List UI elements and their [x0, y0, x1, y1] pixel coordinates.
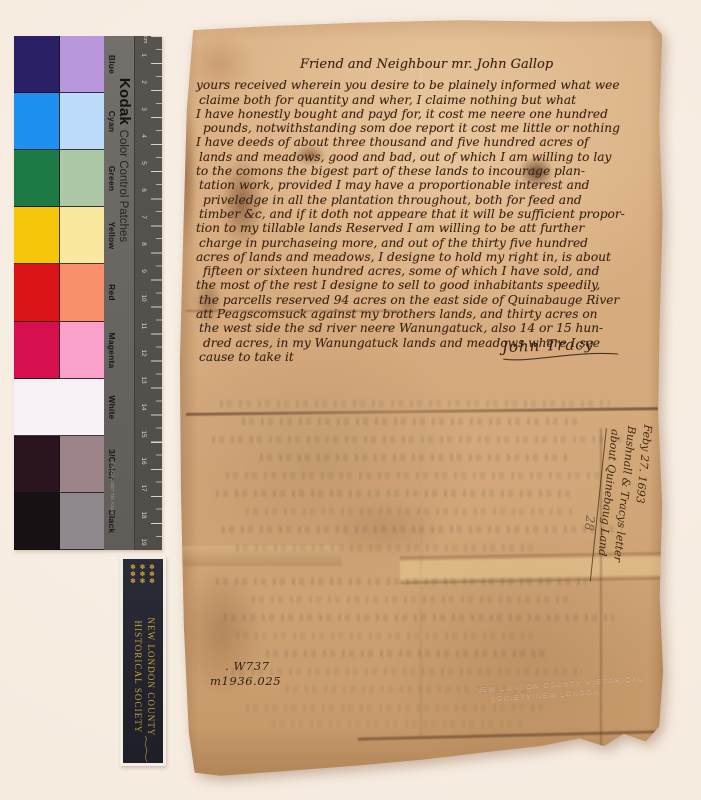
color-patch-row — [14, 36, 104, 93]
color-patch-tint — [60, 207, 105, 264]
ruler-number: 18 — [138, 509, 148, 521]
ornament-icon: ✽ ✽ ✽ ✽ ✽ ✽ ✽ ✽ ✽ — [123, 564, 163, 585]
bleed-through-row — [236, 632, 536, 639]
kodak-logo-text: Kodak — [116, 78, 133, 125]
bleed-through-row — [212, 436, 622, 443]
color-patch-solid — [14, 264, 60, 321]
ruler-number: 17 — [138, 482, 148, 494]
ruler-number: 13 — [138, 374, 148, 386]
letter-body-line: the west side the sd river neere Wanunga… — [199, 321, 658, 335]
ruler-number: 8 — [138, 238, 148, 250]
color-patch-tint — [60, 322, 105, 379]
color-patch-solid — [14, 322, 60, 379]
ruler-number: 1 — [138, 49, 148, 61]
color-patch-solid — [14, 493, 60, 550]
patch-label: Magenta — [106, 322, 117, 379]
color-patch-solid — [14, 207, 60, 264]
letter-body-line: priveledge in all the plantation through… — [203, 193, 658, 207]
letter-body: yours received wherein you desire to be … — [196, 78, 658, 364]
letter-body-line: att Peagscomsuck against my brothers lan… — [196, 307, 658, 321]
kodak-grey-strip: Blue Cyan Green Yellow Red Magenta White… — [104, 36, 162, 550]
manuscript-document: Friend and Neighbour mr. John Gallop you… — [176, 18, 668, 778]
ruler-number: 9 — [138, 265, 148, 277]
color-patch-solid — [14, 36, 60, 93]
bleed-through-row — [224, 614, 614, 621]
manuscript-paper: Friend and Neighbour mr. John Gallop you… — [176, 18, 668, 778]
ruler-number: 16 — [138, 455, 148, 467]
kodak-product-text: Color Control Patches — [117, 130, 129, 243]
color-patch-row — [14, 379, 104, 436]
ruler-number: 14 — [138, 401, 148, 413]
bleed-through-row — [236, 544, 536, 551]
patch-label: White — [106, 379, 117, 436]
ruler-number: 19 — [138, 536, 148, 548]
cm-ruler: cm 1 2 3 4 5 6 7 — [134, 36, 162, 550]
signature: John Tracy — [502, 334, 621, 362]
signature-name: John Tracy — [502, 335, 595, 356]
letter-body-line: charge in purchaseing more, and out of t… — [199, 236, 658, 250]
color-patch-solid — [14, 150, 60, 207]
page-mark: 28 — [582, 515, 598, 532]
ruler-number: 5 — [138, 157, 148, 169]
letter-body-line: I have honestly bought and payd for, it … — [196, 107, 658, 121]
bleed-through-row — [226, 472, 606, 479]
archival-photo-stage: Blue Cyan Green Yellow Red Magenta White… — [0, 0, 701, 800]
color-patch-solid — [14, 379, 59, 436]
ruler-number: 4 — [138, 130, 148, 142]
stain — [326, 498, 446, 558]
letter-body-line: I have deeds of about three thousand and… — [196, 135, 658, 149]
letter-body-line: the most of the rest I designe to sell t… — [196, 278, 658, 292]
bleed-through-row — [246, 704, 546, 711]
bleed-through-row — [246, 508, 576, 515]
letter-body-line: tation work, provided I may have a propo… — [199, 178, 658, 192]
letter-body-line: acres of lands and meadows, I designe to… — [196, 250, 658, 264]
bleed-through-row — [216, 490, 576, 497]
letter-text: Friend and Neighbour mr. John Gallop you… — [196, 58, 658, 364]
color-patch-row — [14, 264, 104, 321]
kodak-color-bar: Blue Cyan Green Yellow Red Magenta White… — [14, 36, 162, 550]
color-patch-solid — [14, 436, 60, 493]
bleed-through-row — [232, 668, 582, 675]
catalog-annotation: . W737 m1936.025 — [210, 659, 281, 689]
ruler-number: 15 — [138, 428, 148, 440]
catalog-number: . W737 — [225, 659, 281, 674]
color-patches-column — [14, 36, 104, 550]
stain — [176, 102, 196, 252]
letter-body-line: fifteen or sixteen hundred acres, some o… — [203, 264, 658, 278]
accession-number: m1936.025 — [210, 674, 281, 689]
label-script-flourish-icon — [142, 735, 150, 763]
kodak-copyright: © Kodak, 2007 TM: Kodak — [108, 446, 116, 530]
letter-body-line: tion to my tillable lands Reserved I am … — [196, 221, 658, 235]
bleed-through-row — [252, 596, 572, 603]
bleed-through-row — [222, 526, 622, 533]
ruler-number: 3 — [138, 103, 148, 115]
ruler-number: 10 — [138, 292, 148, 304]
bleed-through-row — [272, 720, 522, 727]
color-patch-tint — [60, 493, 105, 550]
color-patch-row — [14, 436, 104, 493]
letter-body-line: claime both for quantity and wher, I cla… — [199, 93, 658, 107]
letter-salutation: Friend and Neighbour mr. John Gallop — [300, 58, 658, 72]
bleed-through-row — [266, 650, 546, 657]
letter-body-line: yours received wherein you desire to be … — [196, 78, 658, 92]
docket-annotation: Feby 27. 1693 Bushnall & Tracys letter a… — [579, 420, 656, 646]
color-patch-solid — [14, 93, 60, 150]
color-patch-tint — [60, 36, 105, 93]
color-patch-row — [14, 150, 104, 207]
bleed-through-row — [216, 578, 586, 585]
color-patch-row — [14, 207, 104, 264]
color-patch-tint — [59, 379, 104, 436]
repair-tape-strip — [182, 546, 342, 566]
letter-body-line: to the comons the bigest part of these l… — [196, 164, 658, 178]
letter-body-line: the parcells reserved 94 acres on the ea… — [199, 293, 658, 307]
embossed-stamp: NEW LONDON COUNTY HISTORICAL SOCIETY NEW… — [476, 674, 645, 706]
color-patch-row — [14, 322, 104, 379]
bleed-through-row — [242, 418, 582, 425]
color-patch-row — [14, 493, 104, 550]
society-label: ✽ ✽ ✽ ✽ ✽ ✽ ✽ ✽ ✽ NEW LONDON COUNTY HIST… — [120, 556, 166, 766]
color-patch-row — [14, 93, 104, 150]
letter-body-line: lands and meadows, good and bad, out of … — [199, 150, 658, 164]
letter-body-line: pounds, notwithstanding som doe report i… — [203, 121, 658, 135]
color-patch-tint — [60, 436, 105, 493]
bleed-through-row — [260, 454, 570, 461]
ruler-number: 2 — [138, 76, 148, 88]
fold-crease-bottom — [358, 730, 658, 740]
color-patch-tint — [60, 93, 105, 150]
ruler-number: 7 — [138, 211, 148, 223]
society-label-inner: ✽ ✽ ✽ ✽ ✽ ✽ ✽ ✽ ✽ NEW LONDON COUNTY HIST… — [123, 559, 163, 763]
ruler-number: 11 — [138, 320, 148, 332]
ruler-unit-label: cm — [141, 36, 149, 48]
fold-crease-horizontal — [186, 407, 658, 416]
kodak-brand-line: Kodak Color Control Patches — [116, 42, 132, 278]
bleed-through-row — [220, 400, 610, 407]
ruler-number: 6 — [138, 184, 148, 196]
ruler-number: 12 — [138, 347, 148, 359]
color-patch-tint — [60, 264, 105, 321]
letter-body-line: timber &c, and if it doth not appeare th… — [199, 207, 658, 221]
color-patch-tint — [60, 150, 105, 207]
